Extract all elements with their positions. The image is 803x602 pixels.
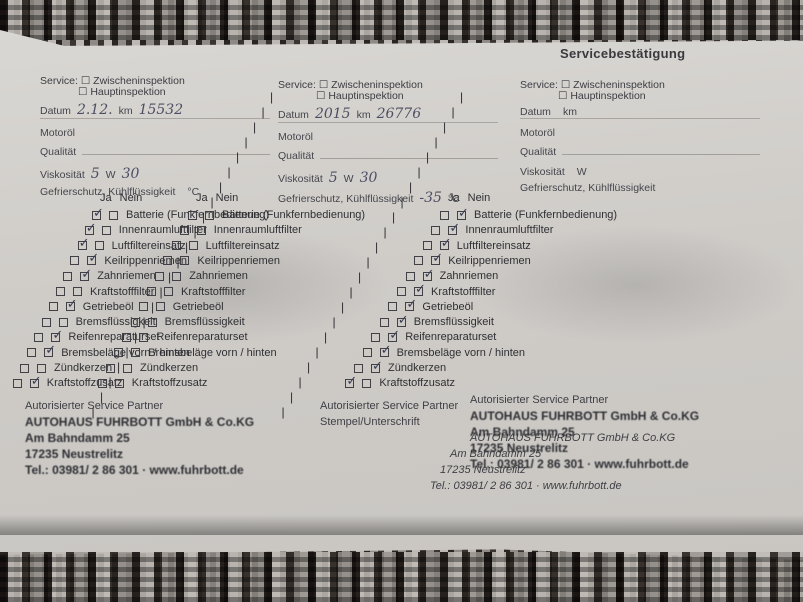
ja-checkbox[interactable] xyxy=(414,256,423,265)
column-divider-tick: | xyxy=(262,105,265,119)
ja-checkbox[interactable] xyxy=(139,302,148,311)
stamp-line: Tel.: 03981/ 2 86 301 · www.fuhrbott.de xyxy=(470,456,699,472)
ja-checkbox[interactable] xyxy=(98,379,107,388)
km-value: 26776 xyxy=(377,106,422,122)
nein-checkbox[interactable] xyxy=(197,226,206,235)
column-divider-tick: | xyxy=(92,405,95,419)
frostschutz-label: Gefrierschutz, Kühlflüssigkeit xyxy=(278,193,413,205)
checklist-row: Getriebeöl xyxy=(49,301,134,313)
column-divider-tick: | xyxy=(185,240,188,254)
checklist-item-label: Kraftstofffilter xyxy=(431,286,495,298)
checklist-item-label: Innenraumluftfilter xyxy=(214,224,302,236)
qualitaet-label: Qualität xyxy=(520,146,556,158)
checklist-item-label: Zündkerzen xyxy=(388,362,446,374)
nein-checkbox[interactable] xyxy=(87,256,96,265)
document-title: Servicebestätigung xyxy=(560,46,685,61)
nein-checkbox[interactable] xyxy=(205,211,214,220)
checklist-item-label: Bremsbeläge vorn / hinten xyxy=(148,347,276,359)
nein-checkbox[interactable] xyxy=(139,333,148,342)
datum-label: Datum xyxy=(520,106,551,118)
column-divider-tick: | xyxy=(426,150,429,164)
column-divider-tick: | xyxy=(341,300,344,314)
datum-km-field: Datumkm xyxy=(520,106,760,119)
stamp-line: Am Bahndamm 25 xyxy=(25,430,254,446)
column-divider-tick: | xyxy=(117,360,120,374)
viskositaet-label: Viskosität xyxy=(520,166,565,178)
qualitaet-underline xyxy=(562,143,760,155)
column-divider-tick: | xyxy=(228,165,231,179)
km-label: km xyxy=(357,109,371,121)
nein-checkbox[interactable] xyxy=(414,287,423,296)
nein-checkbox[interactable] xyxy=(80,272,89,281)
nein-checkbox[interactable] xyxy=(131,348,140,357)
column-divider-tick: | xyxy=(253,120,256,134)
nein-checkbox[interactable] xyxy=(371,364,380,373)
nein-checkbox[interactable] xyxy=(189,241,198,250)
checklist-item-label: Kraftstoffzusatz xyxy=(379,377,455,389)
viskositaet-label: Viskosität xyxy=(40,169,85,181)
ja-checkbox[interactable] xyxy=(406,272,415,281)
checklist-item-label: Luftfiltereinsatz xyxy=(457,240,531,252)
frostschutz-label: Gefrierschutz, Kühlflüssigkeit xyxy=(520,182,655,194)
viskositaet-label: Viskosität xyxy=(278,173,323,185)
column-divider-tick: | xyxy=(452,105,455,119)
ja-checkbox[interactable] xyxy=(188,211,197,220)
viskositaet-field: ViskositätW xyxy=(520,166,760,178)
column-divider-tick: | xyxy=(460,90,463,104)
ja-checkbox[interactable] xyxy=(380,318,389,327)
ja-checkbox[interactable] xyxy=(122,333,131,342)
column-divider-tick: | xyxy=(307,360,310,374)
checklist-item-label: Luftfiltereinsatz xyxy=(206,240,280,252)
nein-label: Nein xyxy=(468,192,491,204)
ja-checkbox[interactable] xyxy=(163,256,172,265)
km-value: 15532 xyxy=(139,102,184,118)
ja-checkbox[interactable] xyxy=(27,348,36,357)
nein-checkbox[interactable] xyxy=(123,364,132,373)
column-divider-tick: | xyxy=(358,270,361,284)
checklist-row: Batterie (Funkfernbedienung) xyxy=(440,209,617,221)
viskositaet-value-b: 30 xyxy=(360,170,378,186)
column-divider-tick: | xyxy=(109,375,112,389)
nein-checkbox[interactable] xyxy=(362,379,371,388)
nein-checkbox[interactable] xyxy=(457,211,466,220)
nein-checkbox[interactable] xyxy=(51,333,60,342)
nein-checkbox[interactable] xyxy=(440,241,449,250)
nein-checkbox[interactable] xyxy=(30,379,39,388)
motoroel-label: Motoröl xyxy=(40,127,75,139)
motoroel-label: Motoröl xyxy=(520,127,555,139)
column-divider-tick: | xyxy=(143,315,146,329)
checklist-row: Bremsbeläge vorn / hinten xyxy=(363,347,525,359)
datum-km-field: Datum2.12.km15532 xyxy=(40,102,270,119)
ja-checkbox[interactable] xyxy=(155,272,164,281)
stamp-line: 17235 Neustrelitz xyxy=(25,446,254,462)
ja-label: Ja xyxy=(196,192,208,204)
checklist-row: Kraftstoffzusatz xyxy=(98,377,208,389)
nein-checkbox[interactable] xyxy=(59,318,68,327)
ja-checkbox[interactable] xyxy=(92,211,101,220)
ja-checkbox[interactable] xyxy=(147,287,156,296)
page-edge-shadow xyxy=(0,515,803,535)
checklist-row: Batterie (Funkfernbedienung) xyxy=(188,209,365,221)
frostschutz-field: Gefrierschutz, Kühlflüssigkeit xyxy=(520,182,760,194)
checklist-item-label: Reifenreparaturset xyxy=(405,331,496,343)
nein-checkbox[interactable] xyxy=(102,226,111,235)
service-section-header: Service: ☐ Zwischeninspektion☐ Hauptinsp… xyxy=(520,80,760,194)
column-divider-tick: | xyxy=(282,405,285,419)
carbon-fiber-background-top xyxy=(0,0,803,40)
viskositaet-field: Viskosität5W30 xyxy=(278,170,498,186)
nein-checkbox[interactable] xyxy=(405,302,414,311)
motoroel-field: Motoröl xyxy=(520,127,760,139)
checklist-item-label: Bremsflüssigkeit xyxy=(165,316,245,328)
service-type-options: Service: ☐ Zwischeninspektion☐ Hauptinsp… xyxy=(40,76,270,98)
service-partner-label: Autorisierter Service Partner xyxy=(470,392,699,408)
ja-checkbox[interactable] xyxy=(131,318,140,327)
viskositaet-value-b: 30 xyxy=(122,166,140,182)
km-label: km xyxy=(563,106,577,118)
nein-checkbox[interactable] xyxy=(37,364,46,373)
column-divider-tick: | xyxy=(409,180,412,194)
ja-checkbox[interactable] xyxy=(180,226,189,235)
stamp-line: AUTOHAUS FUHRBOTT GmbH & Co.KG xyxy=(25,414,254,430)
column-divider-tick: | xyxy=(333,315,336,329)
service-partner-label: Autorisierter Service Partner xyxy=(25,398,254,414)
ja-checkbox[interactable] xyxy=(63,272,72,281)
ja-checkbox[interactable] xyxy=(363,348,372,357)
checklist-row: Bremsflüssigkeit xyxy=(131,316,245,328)
column-divider-tick: | xyxy=(245,135,248,149)
ja-checkbox[interactable] xyxy=(423,241,432,250)
checklist-item-label: Zahnriemen xyxy=(189,270,248,282)
column-divider-tick: | xyxy=(236,150,239,164)
ja-checkbox[interactable] xyxy=(78,241,87,250)
service-type-line: ☐ Hauptinspektion xyxy=(520,91,760,102)
nein-checkbox[interactable] xyxy=(95,241,104,250)
checklist-item-label: Keilrippenriemen xyxy=(448,255,531,267)
column-divider-tick: | xyxy=(443,120,446,134)
ja-nein-header: JaNein xyxy=(100,192,142,204)
nein-checkbox[interactable] xyxy=(431,256,440,265)
ja-nein-header: JaNein xyxy=(196,192,238,204)
ja-checkbox[interactable] xyxy=(49,302,58,311)
column-divider-tick: | xyxy=(134,330,137,344)
column-divider-tick: | xyxy=(100,390,103,404)
checklist-row: Bremsbeläge vorn / hinten xyxy=(114,347,276,359)
checklist-item-label: Kraftstoffzusatz xyxy=(132,377,208,389)
column-divider-tick: | xyxy=(194,225,197,239)
checklist-item-label: Getriebeöl xyxy=(83,301,134,313)
column-divider-tick: | xyxy=(401,195,404,209)
checklist-item-label: Kraftstofffilter xyxy=(181,286,245,298)
checklist-row: Innenraumluftfilter xyxy=(180,224,302,236)
qualitaet-underline xyxy=(82,143,270,155)
viskositaet-w-label: W xyxy=(577,166,587,178)
column-divider-tick: | xyxy=(392,210,395,224)
stamp-line: Tel.: 03981/ 2 86 301 · www.fuhrbott.de xyxy=(25,462,254,478)
column-divider-tick: | xyxy=(126,345,129,359)
stamp-line: AUTOHAUS FUHRBOTT GmbH & Co.KG xyxy=(470,408,699,424)
nein-checkbox[interactable] xyxy=(172,272,181,281)
nein-checkbox[interactable] xyxy=(156,302,165,311)
column-divider-tick: | xyxy=(202,210,205,224)
service-section-header: Service: ☐ Zwischeninspektion☐ Hauptinsp… xyxy=(278,80,498,206)
checklist-item-label: Zündkerzen xyxy=(140,362,198,374)
checklist-item-label: Bremsflüssigkeit xyxy=(414,316,494,328)
ja-checkbox[interactable] xyxy=(106,364,115,373)
qualitaet-underline xyxy=(320,147,498,159)
viskositaet-w-label: W xyxy=(106,169,116,181)
ja-checkbox[interactable] xyxy=(345,379,354,388)
checklist-item-label: Bremsbeläge vorn / hinten xyxy=(397,347,525,359)
column-divider-tick: | xyxy=(177,255,180,269)
nein-checkbox[interactable] xyxy=(388,333,397,342)
ja-checkbox[interactable] xyxy=(440,211,449,220)
checklist-item-label: Batterie (Funkfernbedienung) xyxy=(222,209,365,221)
column-divider-tick: | xyxy=(219,180,222,194)
viskositaet-w-label: W xyxy=(344,173,354,185)
ja-checkbox[interactable] xyxy=(431,226,440,235)
nein-checkbox[interactable] xyxy=(164,287,173,296)
viskositaet-field: Viskosität5W30 xyxy=(40,166,270,182)
viskositaet-value-a: 5 xyxy=(329,170,338,186)
nein-checkbox[interactable] xyxy=(109,211,118,220)
nein-checkbox[interactable] xyxy=(380,348,389,357)
nein-checkbox[interactable] xyxy=(448,226,457,235)
column-divider-tick: | xyxy=(270,90,273,104)
checklist-item-label: Getriebeöl xyxy=(422,301,473,313)
ja-checkbox[interactable] xyxy=(34,333,43,342)
column-divider-tick: | xyxy=(350,285,353,299)
motoroel-field: Motoröl xyxy=(40,127,270,139)
ja-checkbox[interactable] xyxy=(13,379,22,388)
column-divider-tick: | xyxy=(299,375,302,389)
checklist-item-label: Innenraumluftfilter xyxy=(465,224,553,236)
ja-checkbox[interactable] xyxy=(114,348,123,357)
nein-checkbox[interactable] xyxy=(180,256,189,265)
ja-checkbox[interactable] xyxy=(388,302,397,311)
qualitaet-field: Qualität xyxy=(520,143,760,158)
nein-checkbox[interactable] xyxy=(397,318,406,327)
column-divider-tick: | xyxy=(367,255,370,269)
checklist-item-label: Batterie (Funkfernbedienung) xyxy=(474,209,617,221)
motoroel-field: Motoröl xyxy=(278,131,498,143)
ja-checkbox[interactable] xyxy=(354,364,363,373)
stamp-line: Am Bahndamm 25 xyxy=(470,424,699,440)
nein-checkbox[interactable] xyxy=(115,379,124,388)
checklist-item-label: Reifenreparaturset xyxy=(156,331,247,343)
ja-checkbox[interactable] xyxy=(20,364,29,373)
datum-label: Datum xyxy=(40,105,71,117)
datum-value: 2015 xyxy=(315,106,351,122)
service-type-options: Service: ☐ Zwischeninspektion☐ Hauptinsp… xyxy=(278,80,498,102)
checklist-row: Reifenreparaturset xyxy=(122,331,247,343)
ja-label: Ja xyxy=(100,192,112,204)
column-divider-tick: | xyxy=(151,300,154,314)
ja-checkbox[interactable] xyxy=(371,333,380,342)
column-divider-tick: | xyxy=(211,195,214,209)
checklist-item-label: Keilrippenriemen xyxy=(197,255,280,267)
km-label: km xyxy=(119,105,133,117)
qualitaet-label: Qualität xyxy=(278,150,314,162)
ja-nein-header: JaNein xyxy=(448,192,490,204)
ja-checkbox[interactable] xyxy=(85,226,94,235)
service-section-header: Service: ☐ Zwischeninspektion☐ Hauptinsp… xyxy=(40,76,270,198)
nein-checkbox[interactable] xyxy=(148,318,157,327)
column-divider-tick: | xyxy=(418,165,421,179)
column-divider-tick: | xyxy=(324,330,327,344)
nein-label: Nein xyxy=(120,192,143,204)
column-divider-tick: | xyxy=(316,345,319,359)
column-divider-tick: | xyxy=(160,285,163,299)
carbon-fiber-background-bottom xyxy=(0,552,803,602)
checklist-row: Zündkerzen xyxy=(354,362,446,374)
ja-checkbox[interactable] xyxy=(397,287,406,296)
service-partner-stamp: Autorisierter Service PartnerAUTOHAUS FU… xyxy=(470,392,699,472)
frostschutz-value: -35 xyxy=(419,190,442,206)
service-type-options: Service: ☐ Zwischeninspektion☐ Hauptinsp… xyxy=(520,80,760,102)
ja-checkbox[interactable] xyxy=(42,318,51,327)
service-type-line: ☐ Hauptinspektion xyxy=(40,87,270,98)
column-divider-tick: | xyxy=(384,225,387,239)
qualitaet-label: Qualität xyxy=(40,146,76,158)
qualitaet-field: Qualität xyxy=(278,147,498,162)
service-partner-stamp: Autorisierter Service PartnerAUTOHAUS FU… xyxy=(25,398,254,478)
checklist-item-label: Kraftstofffilter xyxy=(90,286,154,298)
datum-label: Datum xyxy=(278,109,309,121)
checklist-item-label: Zündkerzen xyxy=(54,362,112,374)
nein-checkbox[interactable] xyxy=(66,302,75,311)
column-divider-tick: | xyxy=(375,240,378,254)
datum-value: 2.12. xyxy=(77,102,113,118)
column-divider-tick: | xyxy=(435,135,438,149)
checklist-row: Kraftstoffzusatz xyxy=(345,377,455,389)
datum-km-field: Datum2015km26776 xyxy=(278,106,498,123)
nein-checkbox[interactable] xyxy=(44,348,53,357)
motoroel-label: Motoröl xyxy=(278,131,313,143)
column-divider-tick: | xyxy=(290,390,293,404)
column-divider-tick: | xyxy=(168,270,171,284)
checklist-item-label: Zahnriemen xyxy=(440,270,499,282)
ja-checkbox[interactable] xyxy=(56,287,65,296)
checklist-row: Keilrippenriemen xyxy=(163,255,280,267)
ja-checkbox[interactable] xyxy=(172,241,181,250)
checklist-item-label: Zahnriemen xyxy=(97,270,156,282)
nein-checkbox[interactable] xyxy=(423,272,432,281)
stamp-line: 17235 Neustrelitz xyxy=(470,440,699,456)
viskositaet-value-a: 5 xyxy=(91,166,100,182)
stamp-line: Tel.: 03981/ 2 86 301 · www.fuhrbott.de xyxy=(320,478,675,494)
nein-checkbox[interactable] xyxy=(73,287,82,296)
ja-checkbox[interactable] xyxy=(70,256,79,265)
checklist-row: Zahnriemen xyxy=(63,270,156,282)
checklist-item-label: Getriebeöl xyxy=(173,301,224,313)
ja-label: Ja xyxy=(448,192,460,204)
service-type-line: ☐ Hauptinspektion xyxy=(278,91,498,102)
